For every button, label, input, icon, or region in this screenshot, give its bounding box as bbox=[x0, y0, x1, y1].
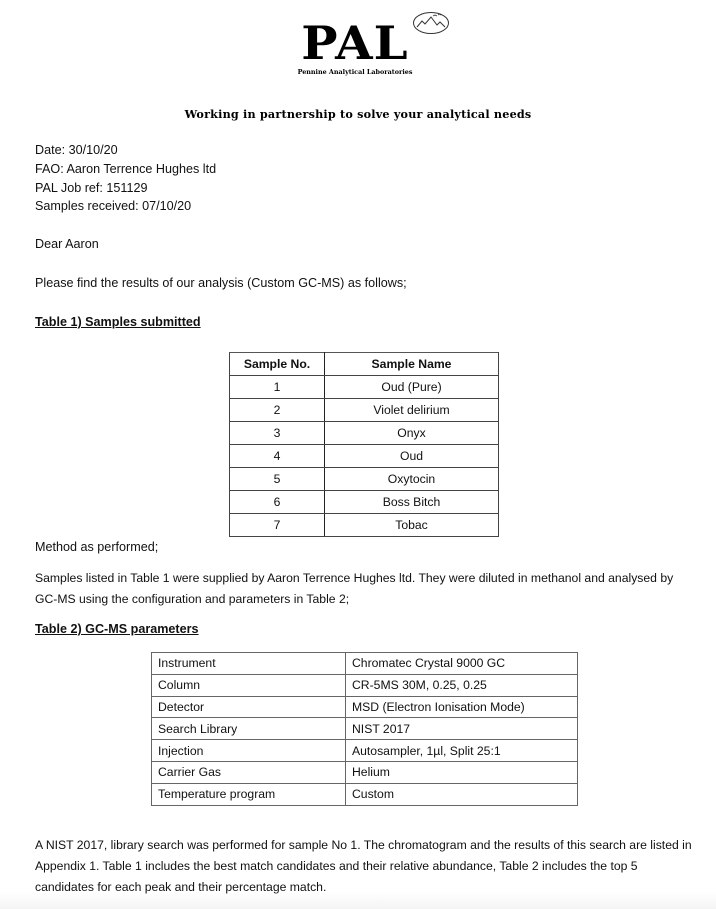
parameter-value: Chromatec Crystal 9000 GC bbox=[346, 653, 578, 675]
table-row: 4 Oud bbox=[230, 445, 499, 468]
sample-name: Oud bbox=[325, 445, 499, 468]
logo-text: PAL bbox=[287, 20, 424, 66]
parameter-name: Column bbox=[152, 674, 346, 696]
parameter-name: Temperature program bbox=[152, 783, 346, 805]
samples-received-line: Samples received: 07/10/20 bbox=[35, 197, 191, 216]
table-row: 7 Tobac bbox=[230, 514, 499, 537]
parameter-value: CR-5MS 30M, 0.25, 0.25 bbox=[346, 674, 578, 696]
table-row: Injection Autosampler, 1µl, Split 25:1 bbox=[152, 740, 578, 762]
sample-name: Oud (Pure) bbox=[325, 376, 499, 399]
parameter-value: Custom bbox=[346, 783, 578, 805]
sample-number: 6 bbox=[230, 491, 325, 514]
sample-number: 3 bbox=[230, 422, 325, 445]
sample-number: 4 bbox=[230, 445, 325, 468]
table-row: Temperature program Custom bbox=[152, 783, 578, 805]
table-row: 1 Oud (Pure) bbox=[230, 376, 499, 399]
parameter-value: Helium bbox=[346, 761, 578, 783]
table-header-row: Sample No. Sample Name bbox=[230, 353, 499, 376]
table-row: Search Library NIST 2017 bbox=[152, 718, 578, 740]
parameter-name: Instrument bbox=[152, 653, 346, 675]
parameter-value: MSD (Electron Ionisation Mode) bbox=[346, 696, 578, 718]
sample-number: 7 bbox=[230, 514, 325, 537]
parameter-name: Detector bbox=[152, 696, 346, 718]
intro-paragraph: Please find the results of our analysis … bbox=[35, 274, 407, 293]
samples-table: Sample No. Sample Name 1 Oud (Pure) 2 Vi… bbox=[229, 352, 499, 537]
sample-number: 5 bbox=[230, 468, 325, 491]
column-header: Sample Name bbox=[325, 353, 499, 376]
parameter-value: Autosampler, 1µl, Split 25:1 bbox=[346, 740, 578, 762]
table-row: 5 Oxytocin bbox=[230, 468, 499, 491]
table2-title: Table 2) GC-MS parameters bbox=[35, 620, 199, 639]
document-page: PAL Pennine Analytical Laboratories Work… bbox=[0, 0, 716, 909]
column-header: Sample No. bbox=[230, 353, 325, 376]
sample-name: Tobac bbox=[325, 514, 499, 537]
table-row: 2 Violet delirium bbox=[230, 399, 499, 422]
table-row: Detector MSD (Electron Ionisation Mode) bbox=[152, 696, 578, 718]
method-paragraph: Samples listed in Table 1 were supplied … bbox=[35, 568, 695, 610]
table-row: Instrument Chromatec Crystal 9000 GC bbox=[152, 653, 578, 675]
fao-line: FAO: Aaron Terrence Hughes ltd bbox=[35, 160, 216, 179]
table1-title: Table 1) Samples submitted bbox=[35, 313, 201, 332]
parameter-value: NIST 2017 bbox=[346, 718, 578, 740]
sample-name: Violet delirium bbox=[325, 399, 499, 422]
sample-number: 2 bbox=[230, 399, 325, 422]
table-row: 3 Onyx bbox=[230, 422, 499, 445]
job-ref-line: PAL Job ref: 151129 bbox=[35, 179, 148, 198]
date-line: Date: 30/10/20 bbox=[35, 141, 118, 160]
parameter-name: Search Library bbox=[152, 718, 346, 740]
parameter-name: Injection bbox=[152, 740, 346, 762]
mountain-logo-icon bbox=[412, 11, 450, 35]
sample-name: Oxytocin bbox=[325, 468, 499, 491]
table-row: Column CR-5MS 30M, 0.25, 0.25 bbox=[152, 674, 578, 696]
table-row: 6 Boss Bitch bbox=[230, 491, 499, 514]
gcms-parameters-table: Instrument Chromatec Crystal 9000 GC Col… bbox=[151, 652, 578, 806]
closing-paragraph: A NIST 2017, library search was performe… bbox=[35, 835, 695, 898]
sample-number: 1 bbox=[230, 376, 325, 399]
sample-name: Onyx bbox=[325, 422, 499, 445]
tagline: Working in partnership to solve your ana… bbox=[0, 107, 716, 121]
pal-logo: PAL Pennine Analytical Laboratories bbox=[290, 20, 420, 76]
parameter-name: Carrier Gas bbox=[152, 761, 346, 783]
sample-name: Boss Bitch bbox=[325, 491, 499, 514]
table-row: Carrier Gas Helium bbox=[152, 761, 578, 783]
greeting: Dear Aaron bbox=[35, 235, 99, 254]
method-label: Method as performed; bbox=[35, 538, 158, 557]
